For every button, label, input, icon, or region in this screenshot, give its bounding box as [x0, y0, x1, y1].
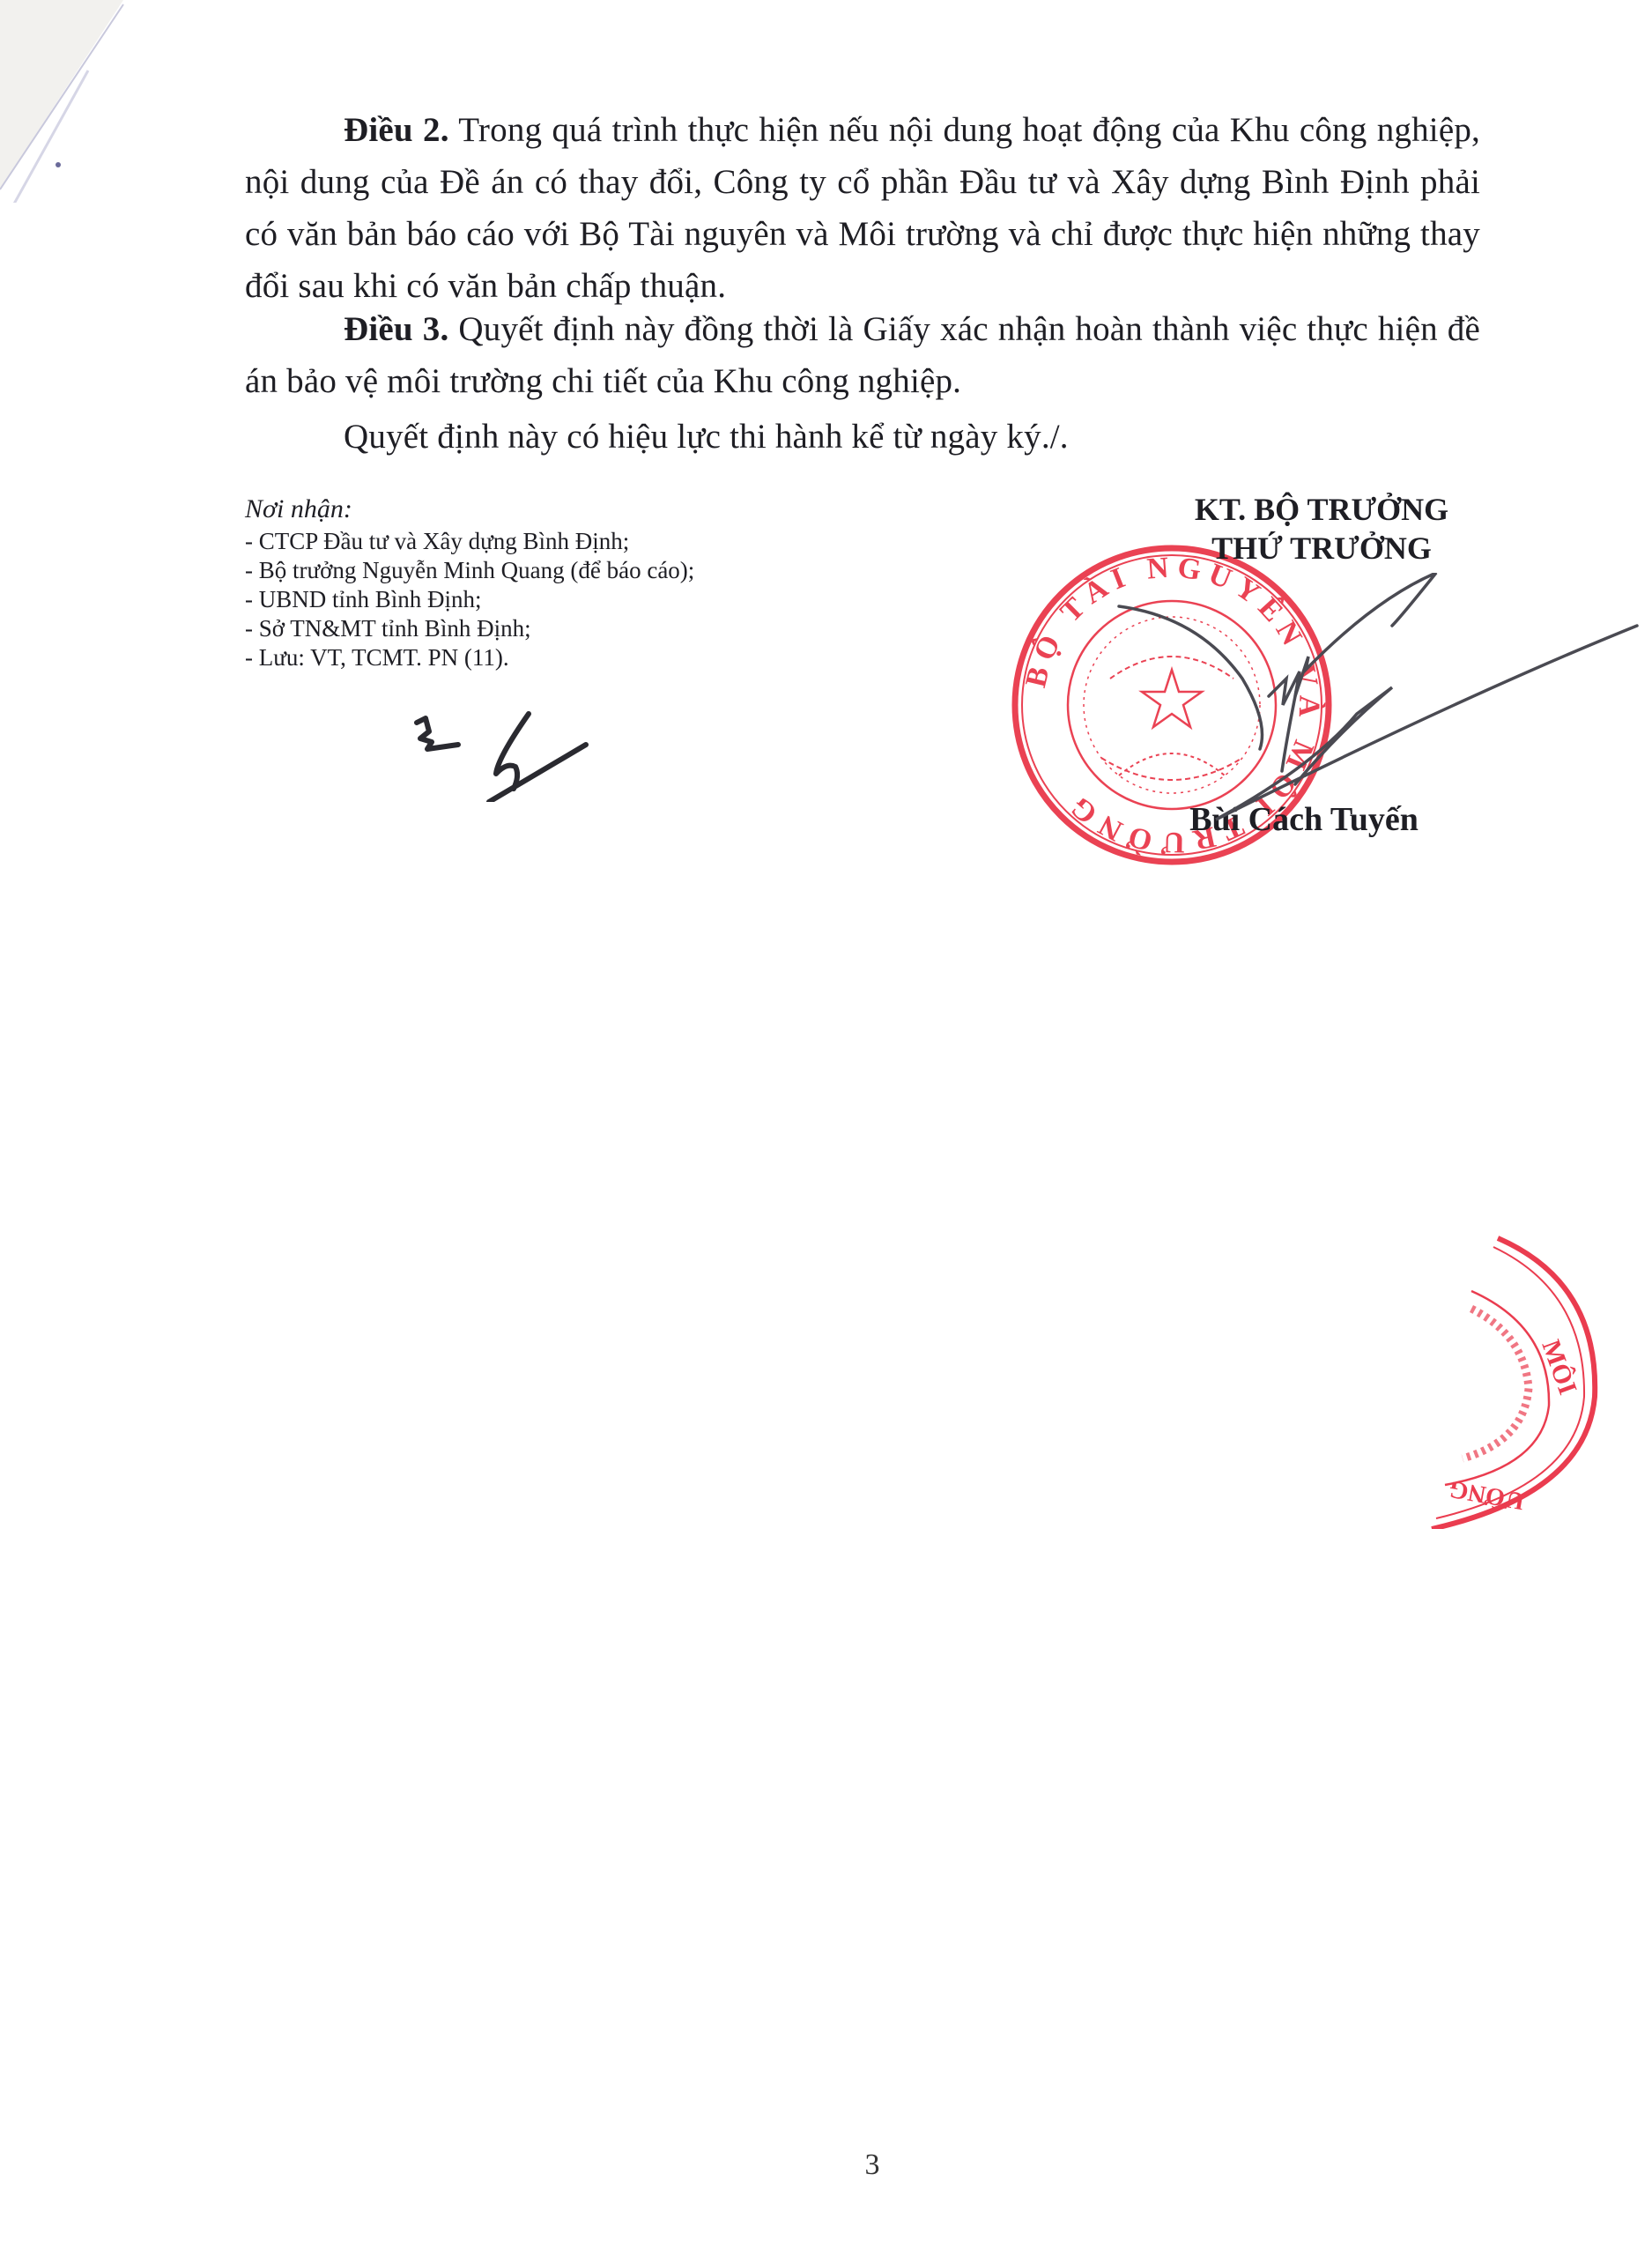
recipient-item: - UBND tỉnh Bình Định; — [245, 585, 862, 614]
recipient-item: - CTCP Đầu tư và Xây dựng Bình Định; — [245, 527, 862, 556]
article-2-label: Điều 2. — [344, 111, 449, 149]
recipient-item: - Lưu: VT, TCMT. PN (11). — [245, 643, 862, 672]
page-number: 3 — [846, 2148, 899, 2182]
article-2: Điều 2. Trong quá trình thực hiện nếu nộ… — [245, 104, 1480, 312]
recipient-item: - Sở TN&MT tỉnh Bình Định; — [245, 614, 862, 643]
partial-seal: MÔI ƯỜNG — [1410, 1229, 1604, 1529]
page-corner-fold — [0, 0, 132, 203]
article-3-label: Điều 3. — [344, 310, 448, 348]
svg-text:MÔI: MÔI — [1536, 1336, 1582, 1399]
signer-title-line1: KT. BỘ TRƯỞNG — [1093, 490, 1551, 529]
svg-text:ƯỜNG: ƯỜNG — [1447, 1474, 1526, 1515]
recipient-item: - Bộ trưởng Nguyễn Minh Quang (để báo cá… — [245, 556, 862, 585]
article-3: Điều 3. Quyết định này đồng thời là Giấy… — [245, 303, 1480, 407]
recipients-title: Nơi nhận: — [245, 493, 862, 525]
recipients-block: Nơi nhận: - CTCP Đầu tư và Xây dựng Bình… — [245, 493, 862, 672]
recipients-list: - CTCP Đầu tư và Xây dựng Bình Định; - B… — [245, 527, 862, 672]
effective-clause: Quyết định này có hiệu lực thi hành kể t… — [245, 411, 1480, 463]
handwritten-initials — [410, 705, 604, 802]
signer-title-line2: THỨ TRƯỞNG — [1093, 529, 1551, 568]
handwritten-signature — [1110, 573, 1639, 837]
signer-title: KT. BỘ TRƯỞNG THỨ TRƯỞNG — [1093, 490, 1551, 568]
